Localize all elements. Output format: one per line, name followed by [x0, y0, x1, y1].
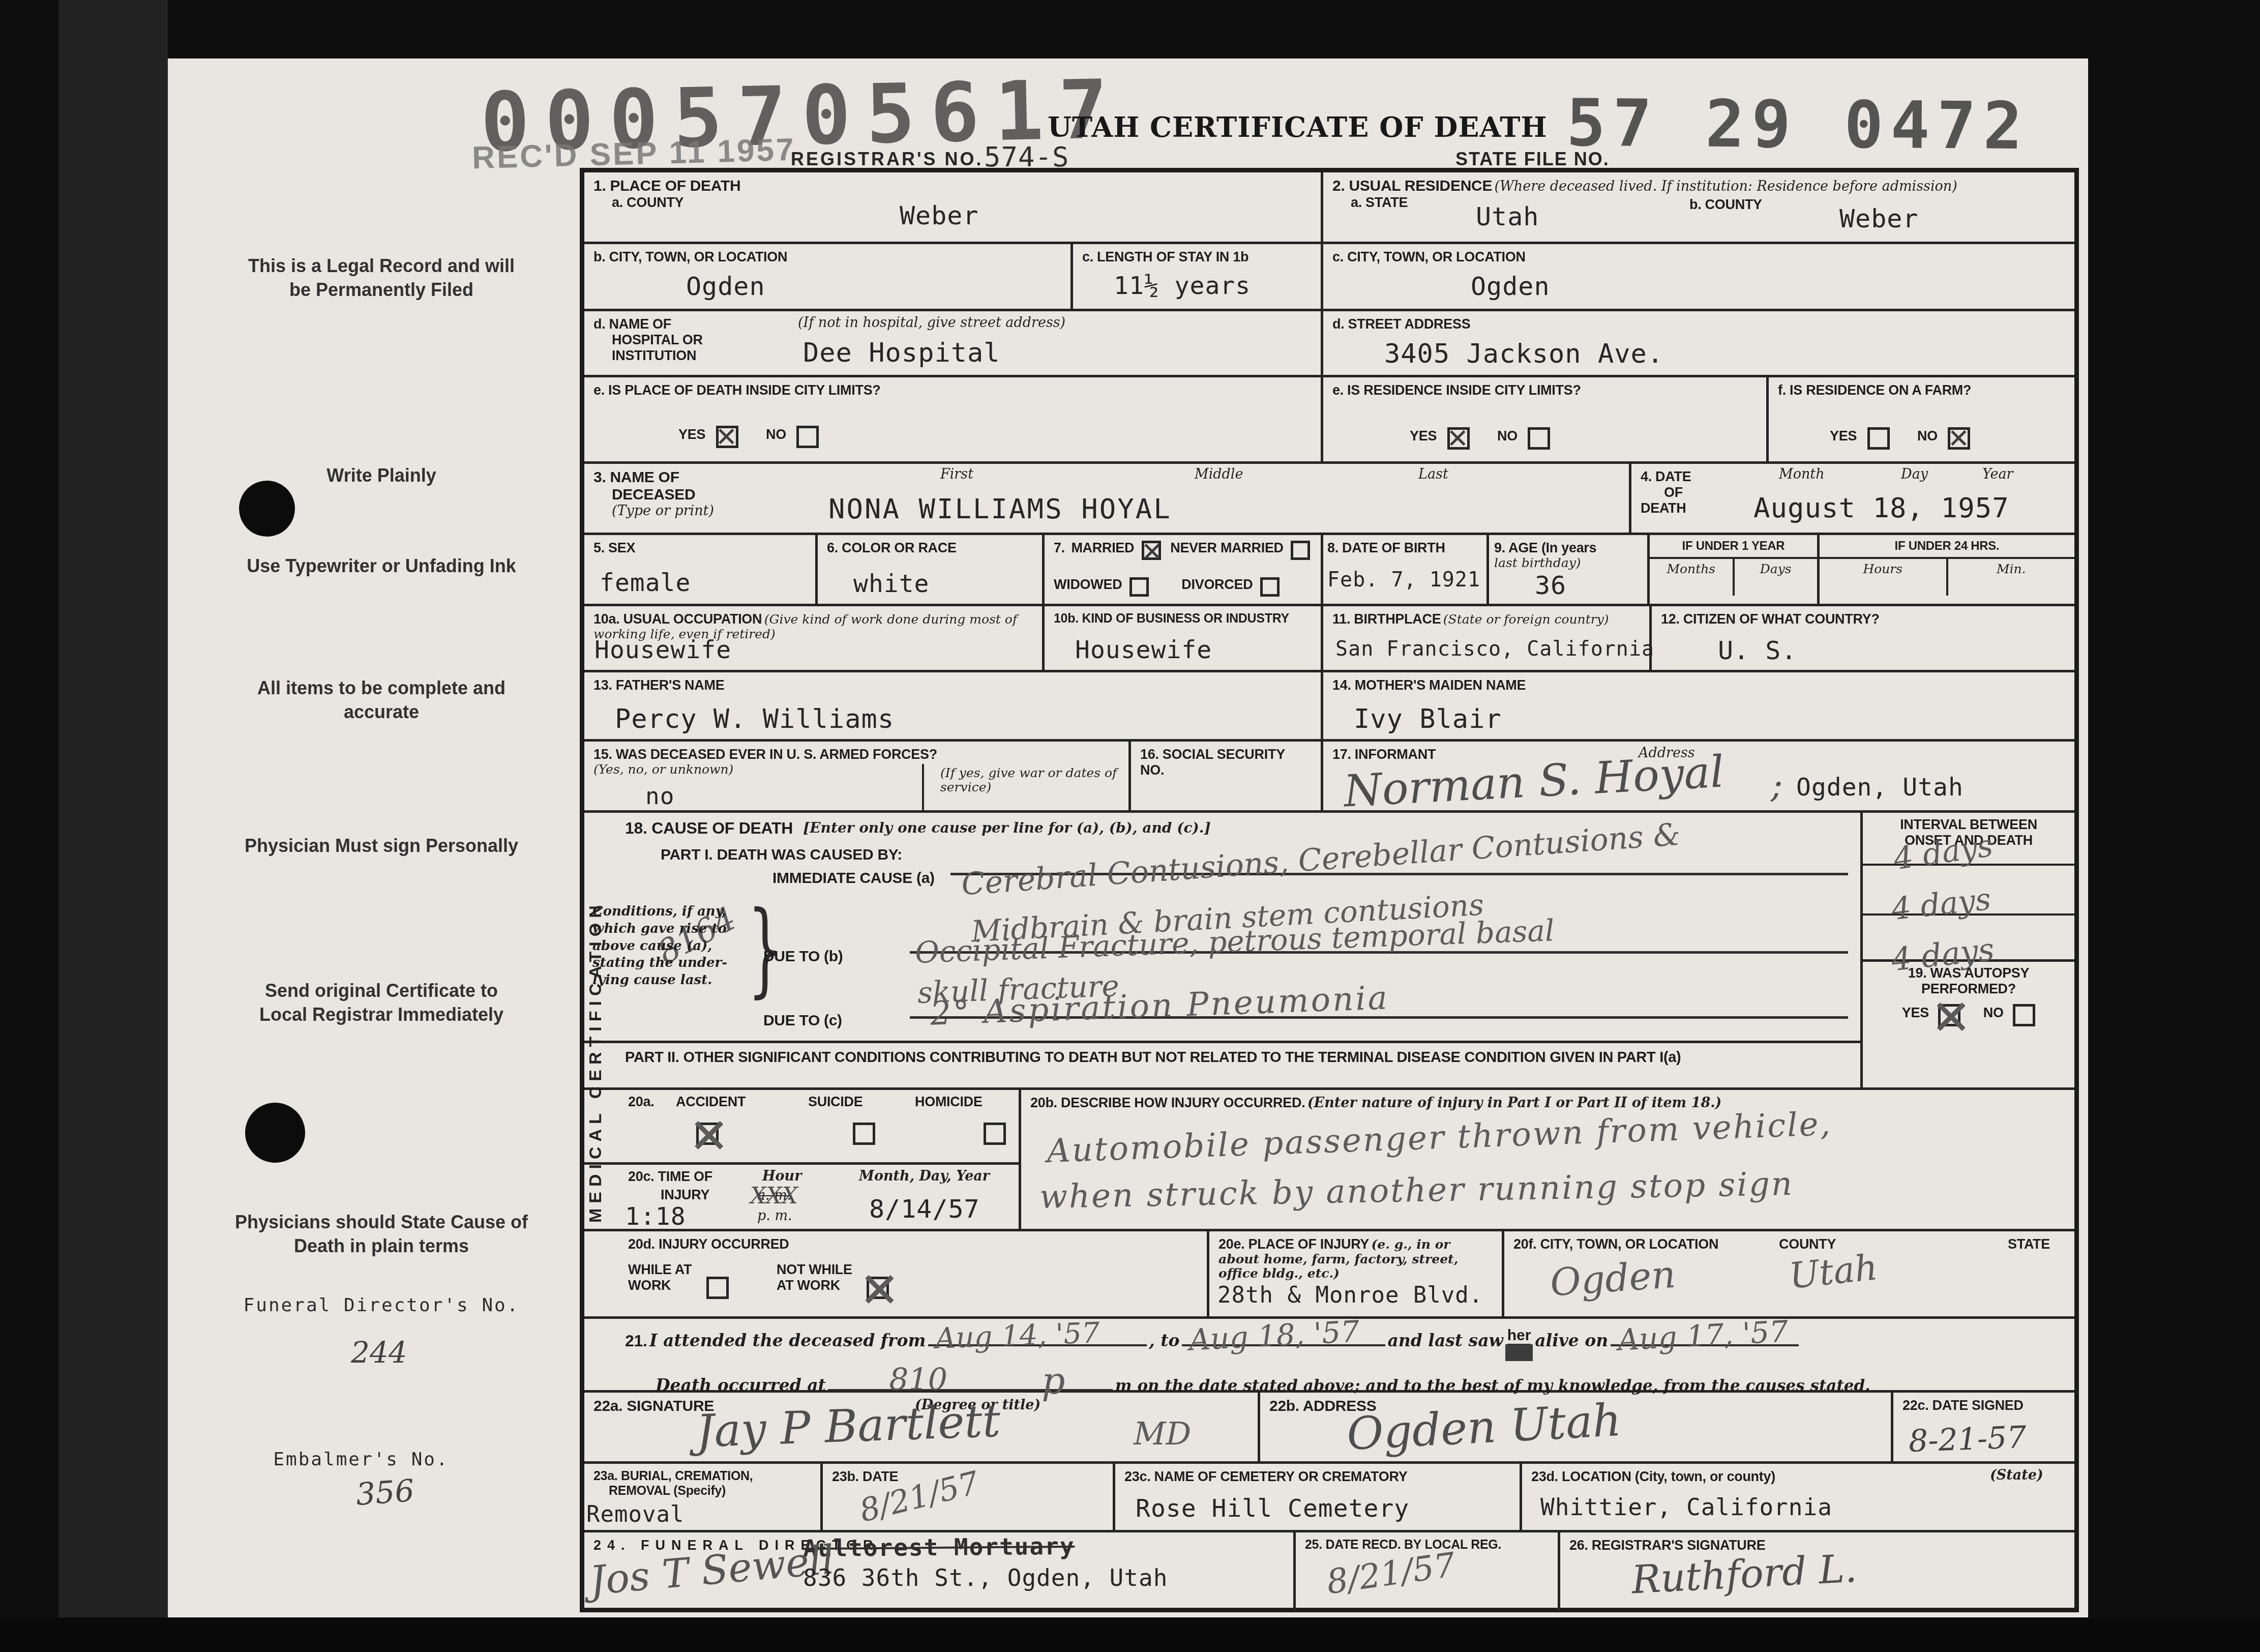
field-20a-manner: 20a. ACCIDENT SUICIDE HOMICIDE [584, 1090, 1019, 1162]
field-8-dob: 8. DATE OF BIRTH Feb. 7, 1921 [1321, 535, 1486, 604]
margin-note-typewriter: Use Typewriter or Unfading Ink [224, 554, 539, 578]
attendance-number: 21. [625, 1332, 647, 1350]
field-26-registrar-signature: 26. REGISTRAR'S SIGNATURE Ruthford L. [1558, 1532, 2074, 1611]
am-strike-marks: XXX [750, 1185, 798, 1207]
time-of-injury-label-1: 20c. TIME OF [628, 1169, 712, 1185]
city-label: b. CITY, TOWN, OR LOCATION [593, 249, 787, 264]
field-21-attendance: 21. I attended the deceased from Aug 14,… [584, 1319, 2074, 1390]
length-of-stay-label: c. LENGTH OF STAY IN 1b [1082, 249, 1248, 264]
interval-column: INTERVAL BETWEEN ONSET AND DEATH 4 days … [1860, 813, 2074, 1087]
hole-punch-icon [239, 481, 295, 537]
burial-label-2: REMOVAL (Specify) [609, 1484, 726, 1498]
name-label-3: (Type or print) [612, 503, 714, 519]
place-of-injury-label: 20e. PLACE OF INJURY [1218, 1236, 1369, 1252]
armed-forces-label: 15. WAS DECEASED EVER IN U. S. ARMED FOR… [593, 747, 937, 762]
name-label-2: DECEASED [612, 486, 695, 503]
death-time-value: 810 [889, 1365, 947, 1395]
attendance-text-4: alive on [1535, 1331, 1608, 1350]
embalmer-no-label: Embalmer's No. [183, 1449, 539, 1470]
due-to-c-label: DUE TO (c) [763, 1012, 842, 1029]
date-signed-value: 8-21-57 [1908, 1422, 2027, 1457]
funeral-director-no-label: Funeral Director's No. [203, 1294, 559, 1316]
divorced-checkbox [1260, 577, 1280, 597]
margin-note-plain-terms: Physicians should State Cause of Death i… [214, 1211, 549, 1258]
burial-label-1: 23a. BURIAL, CREMATION, [593, 1469, 753, 1483]
field-6-color-race: 6. COLOR OR RACE white [815, 535, 1042, 604]
attended-to-value: Aug 18, '57 [1188, 1316, 1360, 1354]
age-label-2: last birthday) [1494, 555, 1581, 570]
field-2a-2b: 2. USUAL RESIDENCE (Where deceased lived… [1321, 172, 2074, 242]
cause-label: 18. CAUSE OF DEATH [625, 819, 793, 837]
hospital-value: Dee Hospital [803, 340, 1000, 366]
field-1b-city: b. CITY, TOWN, OR LOCATION Ogden [584, 244, 1070, 309]
registrar-signature: Ruthford L. [1630, 1549, 1858, 1599]
hospital-label-2: HOSPITAL OR [612, 332, 703, 347]
field-11-birthplace: 11. BIRTHPLACE (State or foreign country… [1321, 606, 1649, 670]
registrar-no-value: 574-S [984, 143, 1069, 171]
manner-number: 20a. [628, 1094, 654, 1110]
dob-value: Feb. 7, 1921 [1327, 570, 1480, 590]
last-header: Last [1418, 467, 1448, 482]
field-23a-burial: 23a. BURIAL, CREMATION, REMOVAL (Specify… [584, 1464, 820, 1530]
homicide-label: HOMICIDE [915, 1094, 983, 1110]
field-20a-20c: 20a. ACCIDENT SUICIDE HOMICIDE 20c. TIME… [584, 1090, 1019, 1229]
armed-forces-note2: (If yes, give war or dates of service) [940, 766, 1128, 794]
interval-label-1: INTERVAL BETWEEN [1900, 817, 2037, 832]
no-checkbox [1948, 427, 1970, 450]
date-signed-label: 22c. DATE SIGNED [1902, 1398, 2024, 1413]
autopsy-yes-checkbox [1938, 1004, 1960, 1026]
no-label: NO [1497, 428, 1518, 444]
informant-address-value: Ogden, Utah [1796, 775, 1964, 800]
deceased-name-value: NONA WILLIAMS HOYAL [828, 495, 1172, 523]
autopsy-no-checkbox [2013, 1004, 2035, 1026]
residence-city-value: Ogden [1471, 274, 1550, 299]
citizen-value: U. S. [1718, 638, 1797, 663]
injury-county-value: Utah [1788, 1249, 1879, 1294]
physician-degree-value: MD [1134, 1418, 1191, 1450]
residence-city-label: c. CITY, TOWN, OR LOCATION [1332, 249, 1526, 264]
birthplace-note: (State or foreign country) [1443, 612, 1609, 627]
street-value: 3405 Jackson Ave. [1384, 341, 1663, 367]
field-10a-occupation: 10a. USUAL OCCUPATION (Give kind of work… [584, 606, 1042, 670]
yes-checkbox [1447, 427, 1470, 450]
dod-label-1: 4. DATE [1641, 469, 1691, 484]
father-value: Percy W. Williams [615, 706, 894, 732]
middle-header: Middle [1195, 467, 1243, 482]
field-20c-time-of-injury: 20c. TIME OF INJURY 1:18 Hour a. m. XXX … [584, 1162, 1019, 1231]
attended-from-blank: Aug 14, '57 [928, 1324, 1147, 1346]
age-label: 9. AGE (In years [1494, 540, 1596, 555]
hour-header: Hour [762, 1169, 801, 1184]
never-married-checkbox [1291, 541, 1310, 560]
last-seen-value: Aug 17, '57 [1617, 1316, 1789, 1354]
field-14-mother: 14. MOTHER'S MAIDEN NAME Ivy Blair [1321, 672, 2074, 739]
informant-label: 17. INFORMANT [1332, 747, 1436, 762]
homicide-checkbox [984, 1123, 1006, 1145]
dod-label-3: DEATH [1641, 500, 1686, 516]
first-header: First [940, 467, 973, 482]
dod-label-2: OF [1664, 485, 1683, 500]
yes-label: YES [1410, 428, 1437, 444]
part2-label: PART II. OTHER SIGNIFICANT CONDITIONS CO… [584, 1043, 1860, 1066]
interval-b-value: 4 days [1890, 884, 1992, 925]
him-struck-label: him [1505, 1344, 1532, 1361]
yes-label: YES [678, 427, 705, 442]
days-label: Days [1760, 562, 1792, 576]
injury-city-value: Ogden [1549, 1255, 1677, 1302]
armed-forces-note1: (Yes, no, or unknown) [593, 762, 733, 777]
no-checkbox [796, 426, 819, 448]
field-10b-industry: 10b. KIND OF BUSINESS OR INDUSTRY Housew… [1042, 606, 1321, 670]
injury-occurred-label: 20d. INJURY OCCURRED [628, 1236, 789, 1252]
state-file-stamp: 57 29 0472 [1566, 91, 2030, 159]
registrar-signature-label: 26. REGISTRAR'S SIGNATURE [1569, 1538, 1765, 1553]
usual-residence-title: 2. USUAL RESIDENCE [1332, 178, 1492, 194]
place-of-death-title: 1. PLACE OF DEATH [593, 178, 740, 194]
field-1c-length-of-stay: c. LENGTH OF STAY IN 1b 11½ years [1070, 244, 1321, 309]
yes-checkbox [716, 426, 738, 448]
field-20e-place-of-injury: 20e. PLACE OF INJURY (e. g., in or about… [1207, 1231, 1502, 1316]
widowed-checkbox [1129, 577, 1149, 597]
margin-note-legal-record: This is a Legal Record and will be Perma… [239, 254, 524, 302]
field-2f-farm: f. IS RESIDENCE ON A FARM? YES NO [1766, 377, 2074, 461]
marital-number: 7. [1054, 540, 1065, 555]
field-1d-hospital: d. NAME OF (If not in hospital, give str… [584, 311, 1321, 375]
divorced-label: DIVORCED [1181, 577, 1253, 592]
field-2d-street: d. STREET ADDRESS 3405 Jackson Ave. [1321, 311, 2074, 375]
photo-left-edge [58, 0, 168, 1652]
county-label: a. COUNTY [612, 195, 683, 210]
suicide-checkbox [853, 1123, 875, 1145]
hospital-note: (If not in hospital, give street address… [798, 315, 1065, 331]
state-value: Utah [1476, 204, 1539, 229]
field-15-armed-forces: 15. WAS DECEASED EVER IN U. S. ARMED FOR… [584, 742, 1128, 810]
widowed-label: WIDOWED [1054, 577, 1122, 592]
time-of-injury-label-2: INJURY [661, 1187, 709, 1203]
field-19-autopsy: 19. WAS AUTOPSY PERFORMED? YES NO [1863, 965, 2074, 1026]
street-label: d. STREET ADDRESS [1332, 316, 1470, 332]
min-label: Min. [1997, 562, 2026, 576]
describe-injury-note: (Enter nature of injury in Part I or Par… [1307, 1095, 1722, 1111]
certificate-form: 1. PLACE OF DEATH a. COUNTY Weber 2. USU… [580, 168, 2079, 1612]
color-race-label: 6. COLOR OR RACE [827, 540, 957, 555]
field-13-father: 13. FATHER'S NAME Percy W. Williams [584, 672, 1321, 739]
field-5-sex: 5. SEX female [584, 535, 815, 604]
farm-label: f. IS RESIDENCE ON A FARM? [1778, 382, 1971, 398]
due-to-b-label: DUE TO (b) [763, 948, 843, 965]
birthplace-label: 11. BIRTHPLACE [1332, 611, 1441, 627]
margin-note-write-plainly: Write Plainly [239, 464, 524, 488]
length-of-stay-value: 11½ years [1114, 274, 1251, 298]
residence-county-label: b. COUNTY [1689, 197, 1762, 213]
month-day-year-header: Month, Day, Year [859, 1169, 990, 1184]
occupation-label: 10a. USUAL OCCUPATION [593, 611, 762, 627]
no-checkbox [1528, 427, 1550, 450]
field-under-1-year: IF UNDER 1 YEAR Months Days [1647, 535, 1817, 604]
burial-date-label: 23b. DATE [832, 1469, 898, 1484]
date-received-label: 25. DATE RECD. BY LOCAL REG. [1305, 1538, 1501, 1552]
field-4-date-of-death: 4. DATE OF DEATH Month Day Year August 1… [1629, 464, 2074, 533]
color-race-value: white [853, 572, 930, 596]
under-24-hrs-label: IF UNDER 24 HRS. [1895, 539, 2000, 553]
cemetery-state-header: (State) [1990, 1468, 2043, 1483]
yes-label: YES [1902, 1005, 1929, 1020]
birthplace-value: San Francisco, California [1335, 639, 1654, 659]
field-23d-location: 23d. LOCATION (City, town, or county) (S… [1520, 1464, 2074, 1530]
yes-label: YES [1830, 428, 1857, 444]
describe-injury-label: 20b. DESCRIBE HOW INJURY OCCURRED. [1030, 1095, 1305, 1110]
autopsy-label-1: 19. WAS AUTOPSY [1908, 965, 2030, 981]
state-label: a. STATE [1351, 195, 1408, 210]
mortuary-stamp: Aultorest Mortuary [803, 1532, 1075, 1562]
field-12-citizen: 12. CITIZEN OF WHAT COUNTRY? U. S. [1649, 606, 2074, 670]
place-of-injury-value: 28th & Monroe Blvd. [1217, 1284, 1483, 1307]
form-title: UTAH CERTIFICATE OF DEATH [1048, 111, 1548, 143]
field-22b-address: 22b. ADDRESS Ogden Utah [1258, 1393, 1891, 1461]
married-label: MARRIED [1071, 540, 1134, 555]
mother-label: 14. MOTHER'S MAIDEN NAME [1332, 677, 1526, 693]
death-certificate-scan: 0005705617 REC'D SEP 11 1957 REGISTRAR'S… [0, 0, 2260, 1652]
date-of-death-value: August 18, 1957 [1753, 494, 2009, 522]
margin-note-complete: All items to be complete and accurate [239, 676, 524, 724]
father-label: 13. FATHER'S NAME [593, 677, 724, 693]
physician-signature: Jay P Bartlett [696, 1399, 1001, 1454]
margin-note-send-original: Send original Certificate to Local Regis… [239, 979, 524, 1027]
while-at-work-checkbox [706, 1277, 729, 1299]
margin-note-physician-sign: Physician Must sign Personally [239, 834, 524, 858]
cemetery-location-value: Whittier, California [1540, 1495, 1832, 1519]
mother-value: Ivy Blair [1354, 706, 1502, 732]
married-checkbox [1142, 541, 1161, 560]
ssn-label: 16. SOCIAL SECURITY NO. [1140, 747, 1285, 778]
no-label: NO [1983, 1005, 2004, 1020]
funeral-director-no-value: 244 [351, 1338, 407, 1367]
field-7-marital: 7. MARRIED NEVER MARRIED WIDOWED DIVORCE… [1042, 535, 1321, 604]
field-1a-county: 1. PLACE OF DEATH a. COUNTY Weber [584, 172, 1321, 242]
sex-value: female [600, 571, 691, 595]
field-24-funeral-director: 24. FUNERAL DIRECTOR Aultorest Mortuary … [584, 1532, 1293, 1611]
injury-description-line2: when struck by another running stop sign [1039, 1168, 1794, 1214]
not-while-at-work-checkbox [867, 1277, 889, 1299]
occupation-value: Housewife [594, 638, 731, 662]
field-16-ssn: 16. SOCIAL SECURITY NO. [1128, 742, 1321, 810]
hospital-label-3: INSTITUTION [612, 348, 696, 363]
field-2e-city-limits: e. IS RESIDENCE INSIDE CITY LIMITS? YES … [1321, 377, 1766, 461]
armed-forces-value: no [645, 784, 674, 808]
registrar-no-label: REGISTRAR'S NO. [791, 149, 984, 170]
field-25-date-received: 25. DATE RECD. BY LOCAL REG. 8/21/57 [1293, 1532, 1558, 1611]
death-time-blank: 810 p [828, 1369, 1113, 1391]
name-label-1: 3. NAME OF [593, 469, 679, 486]
informant-separator: ; [1771, 767, 1783, 803]
injury-county-header: COUNTY [1779, 1236, 1836, 1252]
citizen-label: 12. CITIZEN OF WHAT COUNTRY? [1661, 611, 1880, 627]
last-seen-blank: Aug 17, '57 [1611, 1324, 1799, 1346]
injury-description-line1: Automobile passenger thrown from vehicle… [1046, 1108, 1832, 1168]
attendance-text-2: , to [1149, 1331, 1179, 1350]
attendance-text-1: I attended the deceased from [649, 1331, 926, 1350]
pm-label: p. m. [757, 1208, 792, 1224]
attendance-text-3: and last saw [1387, 1331, 1503, 1350]
county-value: Weber [900, 203, 979, 228]
physician-address-value: Ogden Utah [1346, 1398, 1622, 1457]
field-18-cause-of-death: 18. CAUSE OF DEATH [Enter only one cause… [584, 813, 1860, 1087]
funeral-home-address: 836 36th St., Ogden, Utah [803, 1566, 1168, 1589]
day-header: Day [1901, 467, 1928, 482]
cemetery-value: Rose Hill Cemetery [1136, 1496, 1409, 1521]
cemetery-label: 23c. NAME OF CEMETERY OR CREMATORY [1124, 1469, 1407, 1484]
never-married-label: NEVER MARRIED [1170, 540, 1284, 555]
field-20d-injury-occurred: 20d. INJURY OCCURRED WHILE ATWORK NOT WH… [584, 1231, 1207, 1316]
industry-value: Housewife [1075, 638, 1212, 662]
cause-bracket-note: [Enter only one cause per line for (a), … [803, 820, 1211, 836]
burial-value: Removal [586, 1503, 684, 1526]
field-3-name-of-deceased: 3. NAME OF DECEASED (Type or print) Firs… [584, 464, 1629, 533]
industry-label: 10b. KIND OF BUSINESS OR INDUSTRY [1054, 611, 1289, 626]
field-9-age: 9. AGE (In years last birthday) 36 [1486, 535, 1647, 604]
medical-certification-side-label: MEDICAL CERTIFICATION [586, 811, 617, 1312]
part1-label: PART I. DEATH WAS CAUSED BY: [661, 846, 902, 864]
injury-date-value: 8/14/57 [869, 1196, 980, 1222]
injury-state-header: STATE [2008, 1236, 2050, 1252]
suicide-label: SUICIDE [808, 1094, 863, 1110]
photo-bottom-edge [0, 1617, 2260, 1652]
residence-county-value: Weber [1839, 206, 1919, 231]
field-22c-date-signed: 22c. DATE SIGNED 8-21-57 [1891, 1393, 2074, 1461]
months-label: Months [1667, 562, 1715, 576]
field-22a-signature: 22a. SIGNATURE (Degree or title) Jay P B… [584, 1393, 1258, 1461]
age-value: 36 [1535, 573, 1566, 598]
place-city-limits-label: e. IS PLACE OF DEATH INSIDE CITY LIMITS? [593, 382, 881, 398]
no-label: NO [1917, 428, 1938, 444]
hole-punch-icon [245, 1103, 305, 1163]
no-label: NO [766, 427, 786, 442]
field-20b-describe-injury: 20b. DESCRIBE HOW INJURY OCCURRED. (Ente… [1019, 1090, 2074, 1229]
field-23b-date: 23b. DATE 8/21/57 [820, 1464, 1113, 1530]
field-1e-city-limits: e. IS PLACE OF DEATH INSIDE CITY LIMITS?… [584, 377, 1321, 461]
embalmer-no-value: 356 [355, 1476, 415, 1510]
accident-checkbox [696, 1123, 719, 1145]
injury-city-label: 20f. CITY, TOWN, OR LOCATION [1513, 1236, 1718, 1252]
residence-city-limits-label: e. IS RESIDENCE INSIDE CITY LIMITS? [1332, 382, 1581, 398]
while-at-work-label: WHILE ATWORK [628, 1262, 692, 1293]
hours-label: Hours [1863, 562, 1902, 576]
her-label: her [1507, 1327, 1531, 1345]
immediate-cause-label: IMMEDIATE CAUSE (a) [772, 870, 935, 887]
injury-hour-value: 1:18 [625, 1204, 686, 1229]
cemetery-location-label: 23d. LOCATION (City, town, or county) [1531, 1469, 1775, 1484]
usual-residence-note: (Where deceased lived. If institution: R… [1495, 179, 1957, 194]
year-header: Year [1982, 467, 2013, 482]
not-while-at-work-label: NOT WHILEAT WORK [777, 1262, 852, 1293]
sex-label: 5. SEX [593, 540, 635, 555]
city-value: Ogden [686, 274, 765, 299]
yes-checkbox [1867, 427, 1890, 450]
month-header: Month [1779, 467, 1825, 482]
attended-to-blank: Aug 18, '57 [1182, 1324, 1385, 1346]
field-20f-injury-city: 20f. CITY, TOWN, OR LOCATION Ogden COUNT… [1502, 1231, 2074, 1316]
field-17-informant: 17. INFORMANT Address Norman S. Hoyal ; … [1321, 742, 2074, 810]
under-1-year-label: IF UNDER 1 YEAR [1682, 539, 1785, 553]
death-occurred-text: Death occurred at [656, 1375, 826, 1395]
dob-label: 8. DATE OF BIRTH [1327, 540, 1445, 555]
field-2c-city: c. CITY, TOWN, OR LOCATION Ogden [1321, 244, 2074, 309]
attended-from-value: Aug 14, '57 [935, 1319, 1100, 1353]
date-received-value: 8/21/57 [1325, 1548, 1458, 1600]
field-under-24-hrs: IF UNDER 24 HRS. Hours Min. [1817, 535, 2074, 604]
hospital-label-1: d. NAME OF [593, 316, 671, 332]
field-23c-cemetery: 23c. NAME OF CEMETERY OR CREMATORY Rose … [1113, 1464, 1520, 1530]
